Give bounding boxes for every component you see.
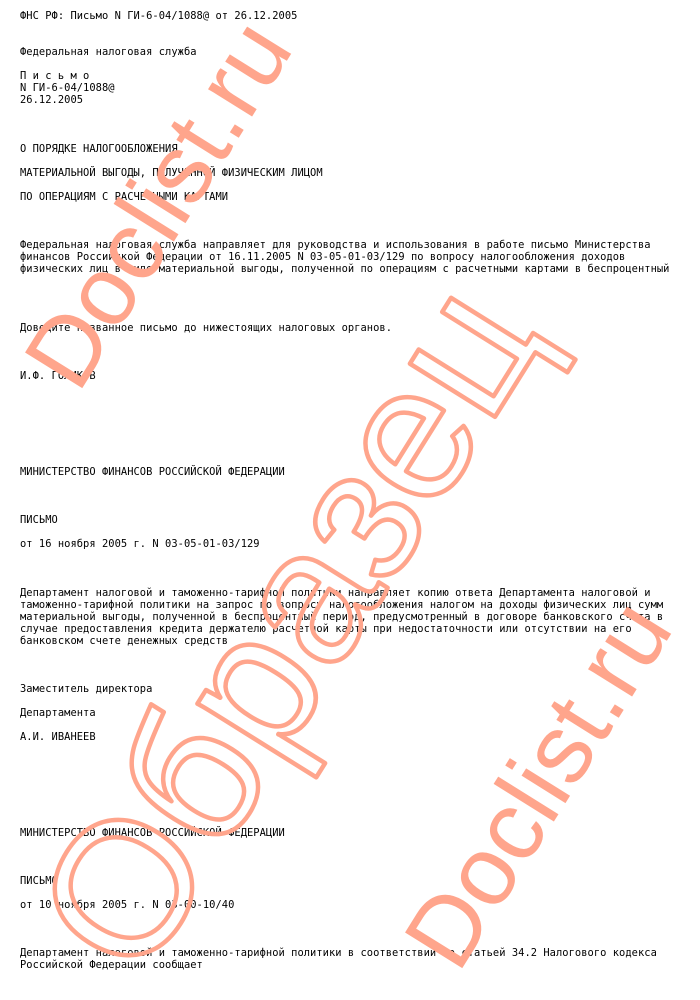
issuer-name: Федеральная налоговая служба [20, 46, 197, 58]
document-type: П и с ь м о [20, 70, 89, 82]
letter2-date-number: от 10 ноября 2005 г. N 03-00-10/40 [20, 899, 234, 911]
letter1-date-number: от 16 ноября 2005 г. N 03-05-01-03/129 [20, 538, 260, 550]
letter1-signer-title-2: Департамента [20, 707, 96, 719]
letter2-body: Департамент налоговой и таможенно-тарифн… [20, 947, 682, 971]
letter1-body: Департамент налоговой и таможенно-тарифн… [20, 587, 682, 647]
instruction-text: Доведите названное письмо до нижестоящих… [20, 322, 392, 334]
document-header-line: ФНС РФ: Письмо N ГИ-6-04/1088@ от 26.12.… [20, 10, 297, 22]
letter2-ministry: МИНИСТЕРСТВО ФИНАНСОВ РОССИЙСКОЙ ФЕДЕРАЦ… [20, 827, 285, 839]
watermark-doclist-top: Doclist.ru [3, 1, 313, 406]
title-line-2: МАТЕРИАЛЬНОЙ ВЫГОДЫ, ПОЛУЧЕННОЙ ФИЗИЧЕСК… [20, 167, 323, 179]
letter2-type: ПИСЬМО [20, 875, 58, 887]
letter1-ministry: МИНИСТЕРСТВО ФИНАНСОВ РОССИЙСКОЙ ФЕДЕРАЦ… [20, 466, 285, 478]
intro-paragraph: Федеральная налоговая служба направляет … [20, 239, 682, 275]
title-line-3: ПО ОПЕРАЦИЯМ С РАСЧЕТНЫМИ КАРТАМИ [20, 191, 228, 203]
document-number: N ГИ-6-04/1088@ [20, 82, 115, 94]
title-line-1: О ПОРЯДКЕ НАЛОГООБЛОЖЕНИЯ [20, 143, 178, 155]
letter1-signer-name: А.И. ИВАНЕЕВ [20, 731, 96, 743]
letter1-type: ПИСЬМО [20, 514, 58, 526]
letter1-signer-title-1: Заместитель директора [20, 683, 152, 695]
signature-name: И.Ф. ГОЛИКОВ [20, 370, 96, 382]
document-date: 26.12.2005 [20, 94, 83, 106]
